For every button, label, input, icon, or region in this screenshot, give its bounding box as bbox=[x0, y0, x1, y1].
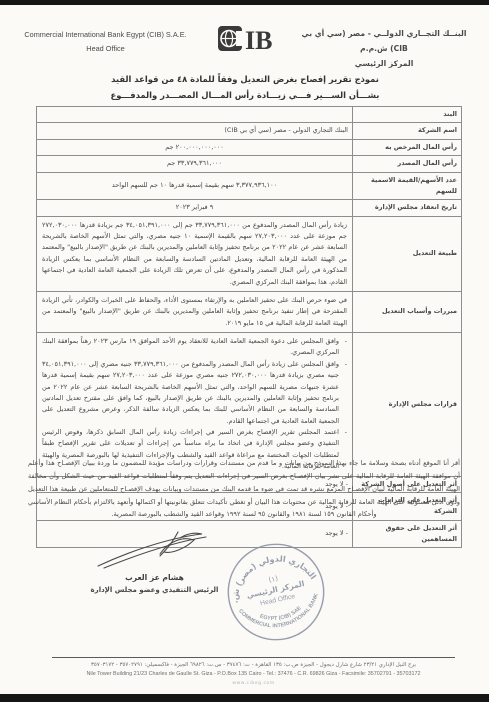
footer-address-arabic: برج النيل الإداري ٢٣/٢١ شارع شارل ديجول … bbox=[52, 661, 455, 670]
scanned-disclosure-document: Commercial International Bank Egypt (CIB… bbox=[0, 0, 489, 702]
row-value: ٣,٣٧٧,٩٣٦,١٠٠ سهم بقيمة إسمية قدرها ١٠ ج… bbox=[37, 172, 353, 200]
table-row: البند bbox=[37, 107, 462, 123]
row-value: البنك التجاري الدولي - مصر (سي أي بي CIB… bbox=[37, 123, 353, 139]
row-label: رأس المال المرخص به bbox=[353, 139, 462, 155]
board-decision-item: وافق المجلس على زيادة رأس المال المصدر و… bbox=[42, 359, 347, 427]
table-row: تاريخ انعقاد مجلس الإدارة٩ فبراير ٢٠٢٣ bbox=[37, 200, 462, 216]
scan-artifact-top bbox=[0, 0, 489, 5]
footer-divider bbox=[52, 657, 455, 658]
row-value bbox=[37, 107, 353, 123]
cib-logo-icon: IB bbox=[212, 22, 282, 56]
table-row: رأس المال المرخص به٢٠٠,٠٠٠,٠٠٠,٠٠٠ جم bbox=[37, 139, 462, 155]
bank-round-stamp-icon: البنك التجاري الدولي (مصر) ش.م.م COMMERC… bbox=[212, 528, 340, 656]
svg-text:IB: IB bbox=[245, 26, 272, 55]
footer-address-english: Nile Tower Building 21/23 Charles de Gau… bbox=[52, 670, 455, 679]
board-decision-item: وافق المجلس على دعوة الجمعية العامة العا… bbox=[42, 336, 347, 359]
document-title: نموذج تقرير إفصاح بغرض التعديل وفقاً للم… bbox=[95, 72, 395, 103]
handwritten-signature-icon bbox=[90, 528, 220, 572]
row-value: ٣٣,٧٧٩,٣٦١,٠٠٠ جم bbox=[37, 156, 353, 172]
row-label: أثر التعديل على حقوق المساهمين bbox=[353, 520, 462, 548]
document-footer: برج النيل الإداري ٢٣/٢١ شارع شارل ديجول … bbox=[52, 657, 455, 686]
row-value: في ضوء حرص البنك على تحفيز العاملين به و… bbox=[37, 291, 353, 332]
bank-name-english-line2: Head Office bbox=[18, 42, 193, 56]
bank-name-english-line1: Commercial International Bank Egypt (CIB… bbox=[18, 28, 193, 42]
row-label: رأس المال المصدر bbox=[353, 156, 462, 172]
scan-artifact-bottom bbox=[0, 694, 489, 702]
bank-name-arabic-line2: المركز الرئيسي bbox=[295, 56, 473, 71]
row-value: وافق المجلس على دعوة الجمعية العامة العا… bbox=[37, 333, 353, 477]
row-label: مبررات وأسباب التعديل bbox=[353, 291, 462, 332]
row-value: ٢٠٠,٠٠٠,٠٠٠,٠٠٠ جم bbox=[37, 139, 353, 155]
row-label: قرارات مجلس الإدارة bbox=[353, 333, 462, 477]
declaration-paragraph: أقر أنا الموقع أدناه بصحة وسلامة ما جاء … bbox=[28, 457, 460, 521]
row-label: طبيعة التعديل bbox=[353, 216, 462, 291]
table-row: قرارات مجلس الإدارةوافق المجلس على دعوة … bbox=[37, 333, 462, 477]
svg-text:(١): (١) bbox=[268, 574, 279, 585]
table-row: اسم الشركةالبنك التجاري الدولي - مصر (سي… bbox=[37, 123, 462, 139]
bank-name-arabic-line1: البنــك التجــاري الدولــي - مصر (سي أي … bbox=[295, 26, 473, 56]
row-value: زيادة رأس المال المصدر والمدفوع من ٣٣,٧٧… bbox=[37, 216, 353, 291]
document-title-line1: نموذج تقرير إفصاح بغرض التعديل وفقاً للم… bbox=[95, 72, 395, 88]
row-label: عدد الأسهم/القيمة الاسمية للسهم bbox=[353, 172, 462, 200]
footer-website: www.cibeg.com bbox=[52, 681, 455, 686]
row-label: البند bbox=[353, 107, 462, 123]
bank-name-english: Commercial International Bank Egypt (CIB… bbox=[18, 28, 193, 56]
row-label: اسم الشركة bbox=[353, 123, 462, 139]
table-row: مبررات وأسباب التعديلفي ضوء حرص البنك عل… bbox=[37, 291, 462, 332]
bank-name-arabic: البنــك التجــاري الدولــي - مصر (سي أي … bbox=[295, 26, 473, 72]
row-value: ٩ فبراير ٢٠٢٣ bbox=[37, 200, 353, 216]
document-header: Commercial International Bank Egypt (CIB… bbox=[0, 18, 489, 70]
table-row: عدد الأسهم/القيمة الاسمية للسهم٣,٣٧٧,٩٣٦… bbox=[37, 172, 462, 200]
document-title-line2: بشـــأن الســـير فـــي زيـــادة رأس المـ… bbox=[95, 88, 395, 104]
table-row: رأس المال المصدر٣٣,٧٧٩,٣٦١,٠٠٠ جم bbox=[37, 156, 462, 172]
row-label: تاريخ انعقاد مجلس الإدارة bbox=[353, 200, 462, 216]
table-row: طبيعة التعديلزيادة رأس المال المصدر والم… bbox=[37, 216, 462, 291]
